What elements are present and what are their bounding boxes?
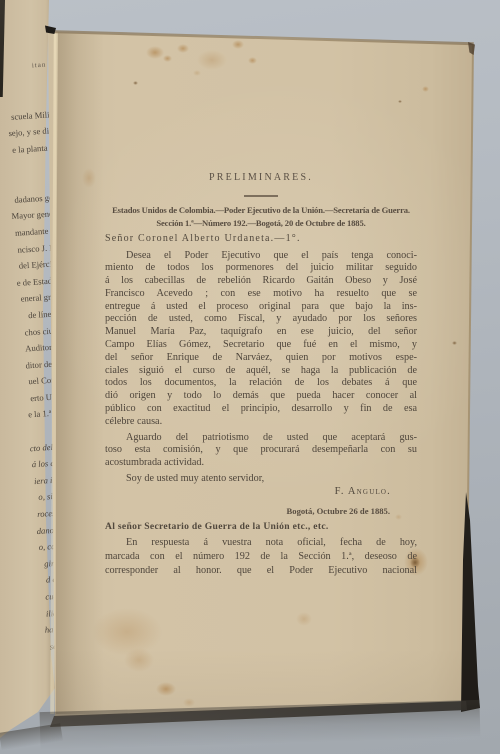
body-text-line: Desea el Poder Ejecutivo que el país ten… [105,250,417,263]
body-text-line: acostumbrada actividad. [105,457,417,470]
body-text-line: Campo Elías Gómez, Secretario que fué en… [105,339,417,352]
body-text-line: Manuel María Paz, taquígrafo en ese juic… [105,326,417,339]
body-text-line: célebre causa. [105,416,417,429]
body-text-line: ciales siguió el curso de aquél, se haga… [105,365,417,378]
page-title: PRELIMINARES. [105,172,417,183]
body-text-line: á los cabecillas de rebelión Ricardo Gai… [105,275,417,288]
body-text-line: Aguardo del patriotismo de usted que ace… [105,432,417,445]
body-text-line: marcada con el número 192 de la Sección … [105,550,417,564]
paragraph-2: Aguardo del patriotismo de usted que ace… [105,432,417,470]
body-text-line: del señor Enrique de Narváez, quien por … [105,352,417,365]
letterhead-line-2: Sección 1.ª—Número 192.—Bogotá, 20 de Oc… [105,218,417,228]
body-text-line: todos los documentos, la relación de los… [105,377,417,390]
body-text-line: toso esta comisión, y que procurará dese… [105,444,417,457]
page-content: PRELIMINARES. Estados Unidos de Colombia… [105,172,417,577]
body-text-line: En respuesta á vuestra nota oficial, fec… [105,536,417,550]
body-text-line: público con exactitud el principio, desa… [105,403,417,416]
addressee: Al señor Secretario de Guerra de la Unió… [105,521,417,532]
divider-rule [244,195,278,197]
letterhead-line-1: Estados Unidos de Colombia.—Poder Ejecut… [105,205,417,215]
dateline: Bogotá, Octubre 26 de 1885. [105,506,417,516]
body-text-line: miento de todos los pormenores del juici… [105,262,417,275]
body-text-line: pección de usted, como Fiscal, y ayudado… [105,313,417,326]
paragraph-3: En respuesta á vuestra nota oficial, fec… [105,536,417,577]
paragraph-1: Desea el Poder Ejecutivo que el país ten… [105,250,417,429]
salutation: Señor Coronel Alberto Urdaneta.—1°. [105,233,417,244]
body-text-line: corresponder al honor. que el Poder Ejec… [105,564,417,578]
body-text-line: entregue á usted el proceso original par… [105,301,417,314]
closing-line: Soy de usted muy atento servidor, [105,473,417,484]
open-book-photo: itan •scuela Militasejo, y se dispe la p… [0,0,500,754]
body-text-line: dió origen y todo lo demás que pueda hac… [105,390,417,403]
signature: F. Angulo. [105,486,417,497]
body-text-line: Francisco Acevedo ; con ese motivo ha re… [105,288,417,301]
